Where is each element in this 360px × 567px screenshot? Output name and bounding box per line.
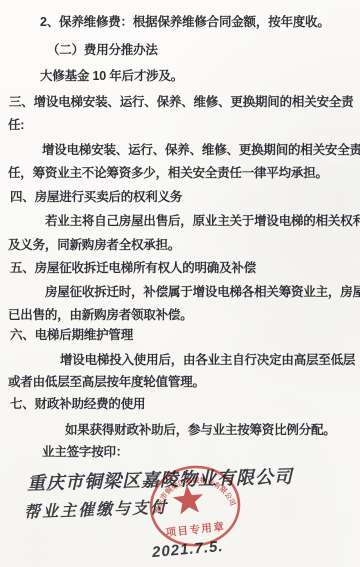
scanned-document-page: 2、保养维修费：根据保养维修合同金额，按年度收。 （二）费用分推办法 大修基金 … — [0, 0, 360, 567]
document-line: 已出售的，由新购房者领取补偿。 — [8, 305, 193, 323]
document-line: 如果获得财政补助后，参与业主按筹资比例分配。 — [65, 420, 336, 438]
document-article-heading: 三、增设电梯安装、运行、保养、维修、更换期间的相关安全责 — [9, 92, 353, 110]
document-article-heading: 六、电梯后期维护管理 — [10, 325, 133, 343]
document-line: 2、保养维修费：根据保养维修合同金额，按年度收。 — [40, 12, 330, 30]
document-line: 任，筹资业主不论筹资多少，相关安全责任一律平均承担。 — [8, 163, 328, 181]
document-section-heading: （二）费用分推办法 — [47, 40, 158, 58]
signature-prompt: 业主签字按印： — [42, 442, 128, 460]
document-article-heading: 七、财政补助经费的使用 — [10, 394, 145, 412]
document-line: 增设电梯安装、运行、保养、维修、更换期间的相关安全责 — [42, 140, 360, 158]
seal-label: 项目专用章 — [165, 520, 226, 539]
document-article-heading: 五、房屋征收拆迁电梯所有权人的明确及补偿 — [10, 258, 256, 276]
document-line: 若业主将自己房屋出售后，原业主关于增设电梯的相关权利 — [45, 211, 360, 229]
document-line: 任: — [8, 115, 24, 133]
document-line: 增设电梯投入使用后，由各业主自行决定由高层至低层 — [60, 350, 355, 368]
document-line: 及义务，同新购房者全权承担。 — [8, 235, 180, 253]
document-line: 大修基金 10 年后才涉及。 — [40, 66, 183, 84]
document-line: 房屋征收拆迁时，补偿属于增设电梯各相关筹资业主，房屋 — [45, 282, 360, 300]
document-line: 或者由低层至高层按年度轮值管理。 — [8, 372, 205, 390]
company-seal-stamp: 重庆市铜梁区嘉陵物业有限公司 项目专用章 — [143, 459, 247, 553]
document-article-heading: 四、房屋进行买卖后的权利义务 — [10, 187, 182, 205]
